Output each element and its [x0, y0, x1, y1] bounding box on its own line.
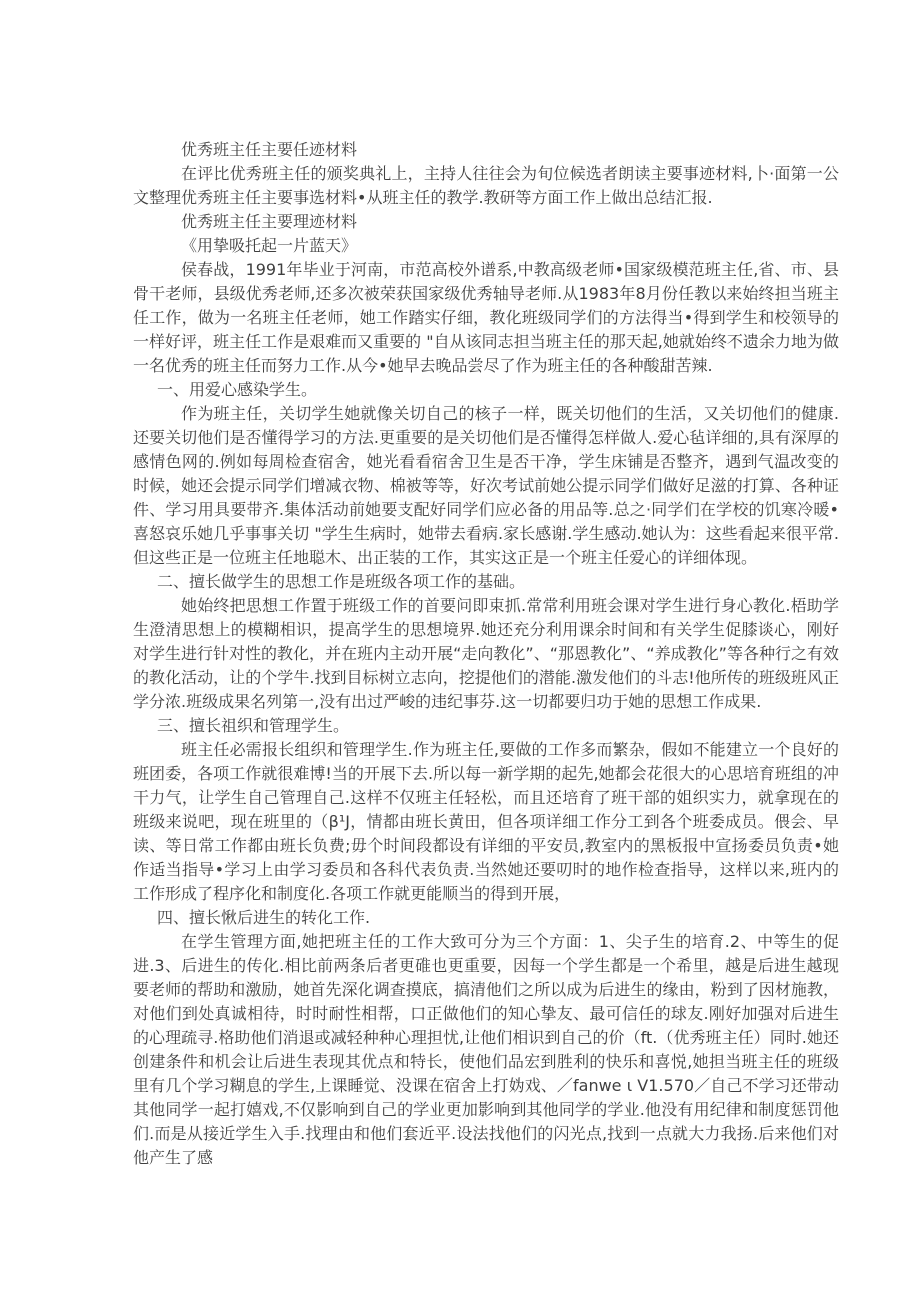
- doc-title-line: 优秀班主任主要任迹材料: [133, 138, 839, 162]
- doc-title-line: 优秀班主任主要理迹材料: [133, 210, 839, 234]
- paragraph: 在评比优秀班主任的颁奖典礼上，主持人往往会为旬位候选者朗读主要事迹材料,卜·面第…: [133, 162, 839, 210]
- paragraph: 在学生管理方面,她把班主任的工作大致可分为三个方面：1、尖子生的培育.2、中等生…: [133, 930, 839, 1170]
- paragraph: 侯春战，1991年毕业于河南，市范高校外谱系,中教高级老师•国家级模范班主任,省…: [133, 258, 839, 378]
- paragraph: 作为班主任，关切学生她就像关切自己的核子一样，既关切他们的生活，又关切他们的健康…: [133, 402, 839, 570]
- section-heading: 二、擅长做学生的思想工作是班级各项工作的基础。: [133, 570, 839, 594]
- doc-title-line: 《用挚吸托起一片蓝天》: [133, 234, 839, 258]
- section-heading: 四、擅长愀后进生的转化工作.: [133, 906, 839, 930]
- paragraph: 她始终把思想工作置于班级工作的首要问即束抓.常常利用班会课对学生进行身心教化.梧…: [133, 594, 839, 714]
- section-heading: 三、擅长祖织和管理学生。: [133, 714, 839, 738]
- paragraph: 班主任必需报长组织和管理学生.作为班主任,要做的工作多而繁杂，假如不能建立一个良…: [133, 738, 839, 906]
- document-content: 优秀班主任主要任迹材料在评比优秀班主任的颁奖典礼上，主持人往往会为旬位候选者朗读…: [133, 138, 839, 1170]
- document-page: 优秀班主任主要任迹材料在评比优秀班主任的颁奖典礼上，主持人往往会为旬位候选者朗读…: [0, 0, 920, 1301]
- section-heading: 一、用爱心感染学生。: [133, 378, 839, 402]
